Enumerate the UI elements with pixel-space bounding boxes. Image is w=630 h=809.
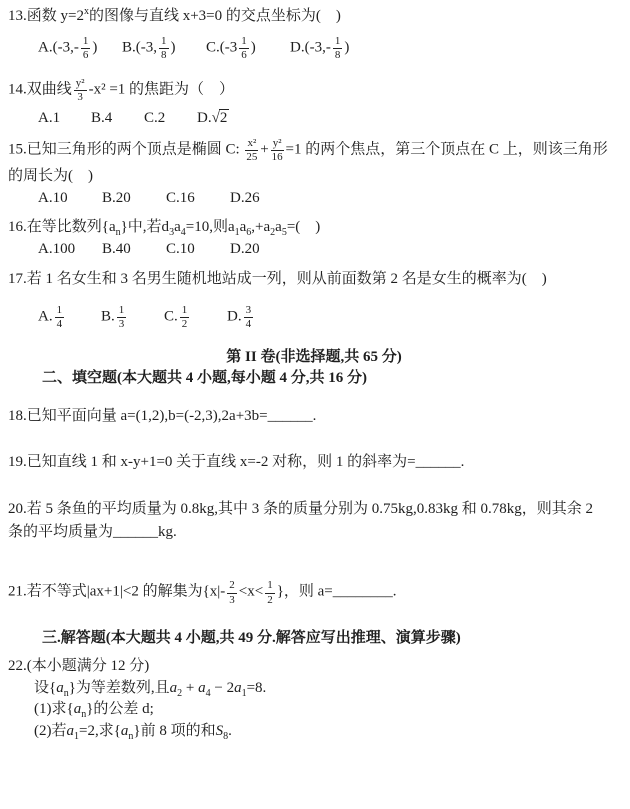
question-16-option-d: D.20 — [230, 239, 294, 261]
question-15-options: A.10B.20C.16D.26 — [38, 188, 620, 210]
exam-paper-page: { "q13": { "stem": [ {"t":"text","v":"13… — [0, 0, 630, 809]
question-15-option-c: C.16 — [166, 188, 230, 210]
question-15-option-b: B.20 — [102, 188, 166, 210]
fraction: 18 — [159, 36, 169, 62]
question-15-option-d: D.26 — [230, 188, 294, 210]
question-22-given: 设{an}为等差数列,且a2 + a4 − 2a1=8. — [34, 678, 620, 700]
question-13-stem: 13.函数 y=2x的图像与直线 x+3=0 的交点坐标为( ) — [8, 6, 620, 28]
fraction: 16 — [239, 36, 249, 62]
question-14-stem: 14.双曲线y²3-x² =1 的焦距为（ ） — [8, 78, 620, 104]
section-2-fill-in-title: 二、填空题(本大题共 4 小题,每小题 4 分,共 16 分) — [42, 368, 620, 390]
question-15-stem-line2: 的周长为( ) — [8, 166, 620, 188]
question-16-options: A.100B.40C.10D.20 — [38, 239, 620, 261]
fraction: 23 — [227, 580, 237, 606]
question-13-option-b: B.(-3,18) — [122, 36, 206, 62]
fraction: 34 — [244, 305, 254, 331]
question-20-stem-line2: 条的平均质量为______kg. — [8, 522, 620, 544]
question-18-stem: 18.已知平面向量 a=(1,2),b=(-2,3),2a+3b=______. — [8, 406, 620, 428]
question-16-option-c: C.10 — [166, 239, 230, 261]
question-16-stem: 16.在等比数列{an}中,若d3a4=10,则a1a6,+a2a5=( ) — [8, 217, 620, 239]
question-22-header: 22.(本小题满分 12 分) — [8, 656, 620, 678]
question-14-option-b: B.4 — [91, 108, 144, 130]
fraction: 14 — [55, 305, 65, 331]
question-14-option-a: A.1 — [38, 108, 91, 130]
question-13-option-a: A.(-3,-16) — [38, 36, 122, 62]
question-19-stem: 19.已知直线 1 和 x-y+1=0 关于直线 x=-2 对称，则 1 的斜率… — [8, 452, 620, 474]
question-17-options: A.14B.13C.12D.34 — [38, 305, 620, 331]
question-14-option-c: C.2 — [144, 108, 197, 130]
question-17-option-a: A.14 — [38, 305, 101, 331]
question-15-stem-line1: 15.已知三角形的两个顶点是椭圆 C: x²25+y²16=1 的两个焦点，第三… — [8, 138, 620, 164]
question-21-stem: 21.若不等式|ax+1|<2 的解集为{x|-23<x<12}，则 a=___… — [8, 580, 620, 606]
fraction: 12 — [180, 305, 190, 331]
question-13-options: A.(-3,-16)B.(-3,18)C.(-316)D.(-3,-18) — [38, 36, 620, 62]
question-22-part1: (1)求{an}的公差 d; — [34, 699, 620, 721]
question-14-options: A.1B.4C.2D.√2 — [38, 108, 620, 130]
question-14-option-d: D.√2 — [197, 108, 250, 130]
question-13-option-d: D.(-3,-18) — [290, 36, 374, 62]
fraction: y²16 — [271, 138, 284, 164]
section-3-solution-title: 三.解答题(本大题共 4 小题,共 49 分.解答应写出推理、演算步骤) — [42, 628, 620, 650]
question-17-stem: 17.若 1 名女生和 3 名男生随机地站成一列，则从前面数第 2 名是女生的概… — [8, 269, 620, 291]
question-13-option-c: C.(-316) — [206, 36, 290, 62]
fraction: 12 — [265, 580, 275, 606]
question-17-option-d: D.34 — [227, 305, 290, 331]
question-17-option-c: C.12 — [164, 305, 227, 331]
section-2-volume-title: 第 II 卷(非选择题,共 65 分) — [8, 347, 620, 369]
question-15-option-a: A.10 — [38, 188, 102, 210]
fraction: 13 — [117, 305, 127, 331]
square-root: √2 — [212, 109, 230, 126]
fraction: y²3 — [74, 78, 87, 104]
question-17-option-b: B.13 — [101, 305, 164, 331]
question-16-option-a: A.100 — [38, 239, 102, 261]
question-22-part2: (2)若a1=2,求{an}前 8 项的和S8. — [34, 721, 620, 743]
question-20-stem-line1: 20.若 5 条鱼的平均质量为 0.8kg,其中 3 条的质量分别为 0.75k… — [8, 499, 620, 521]
fraction: x²25 — [245, 138, 258, 164]
fraction: 18 — [333, 36, 343, 62]
question-16-option-b: B.40 — [102, 239, 166, 261]
fraction: 16 — [81, 36, 91, 62]
